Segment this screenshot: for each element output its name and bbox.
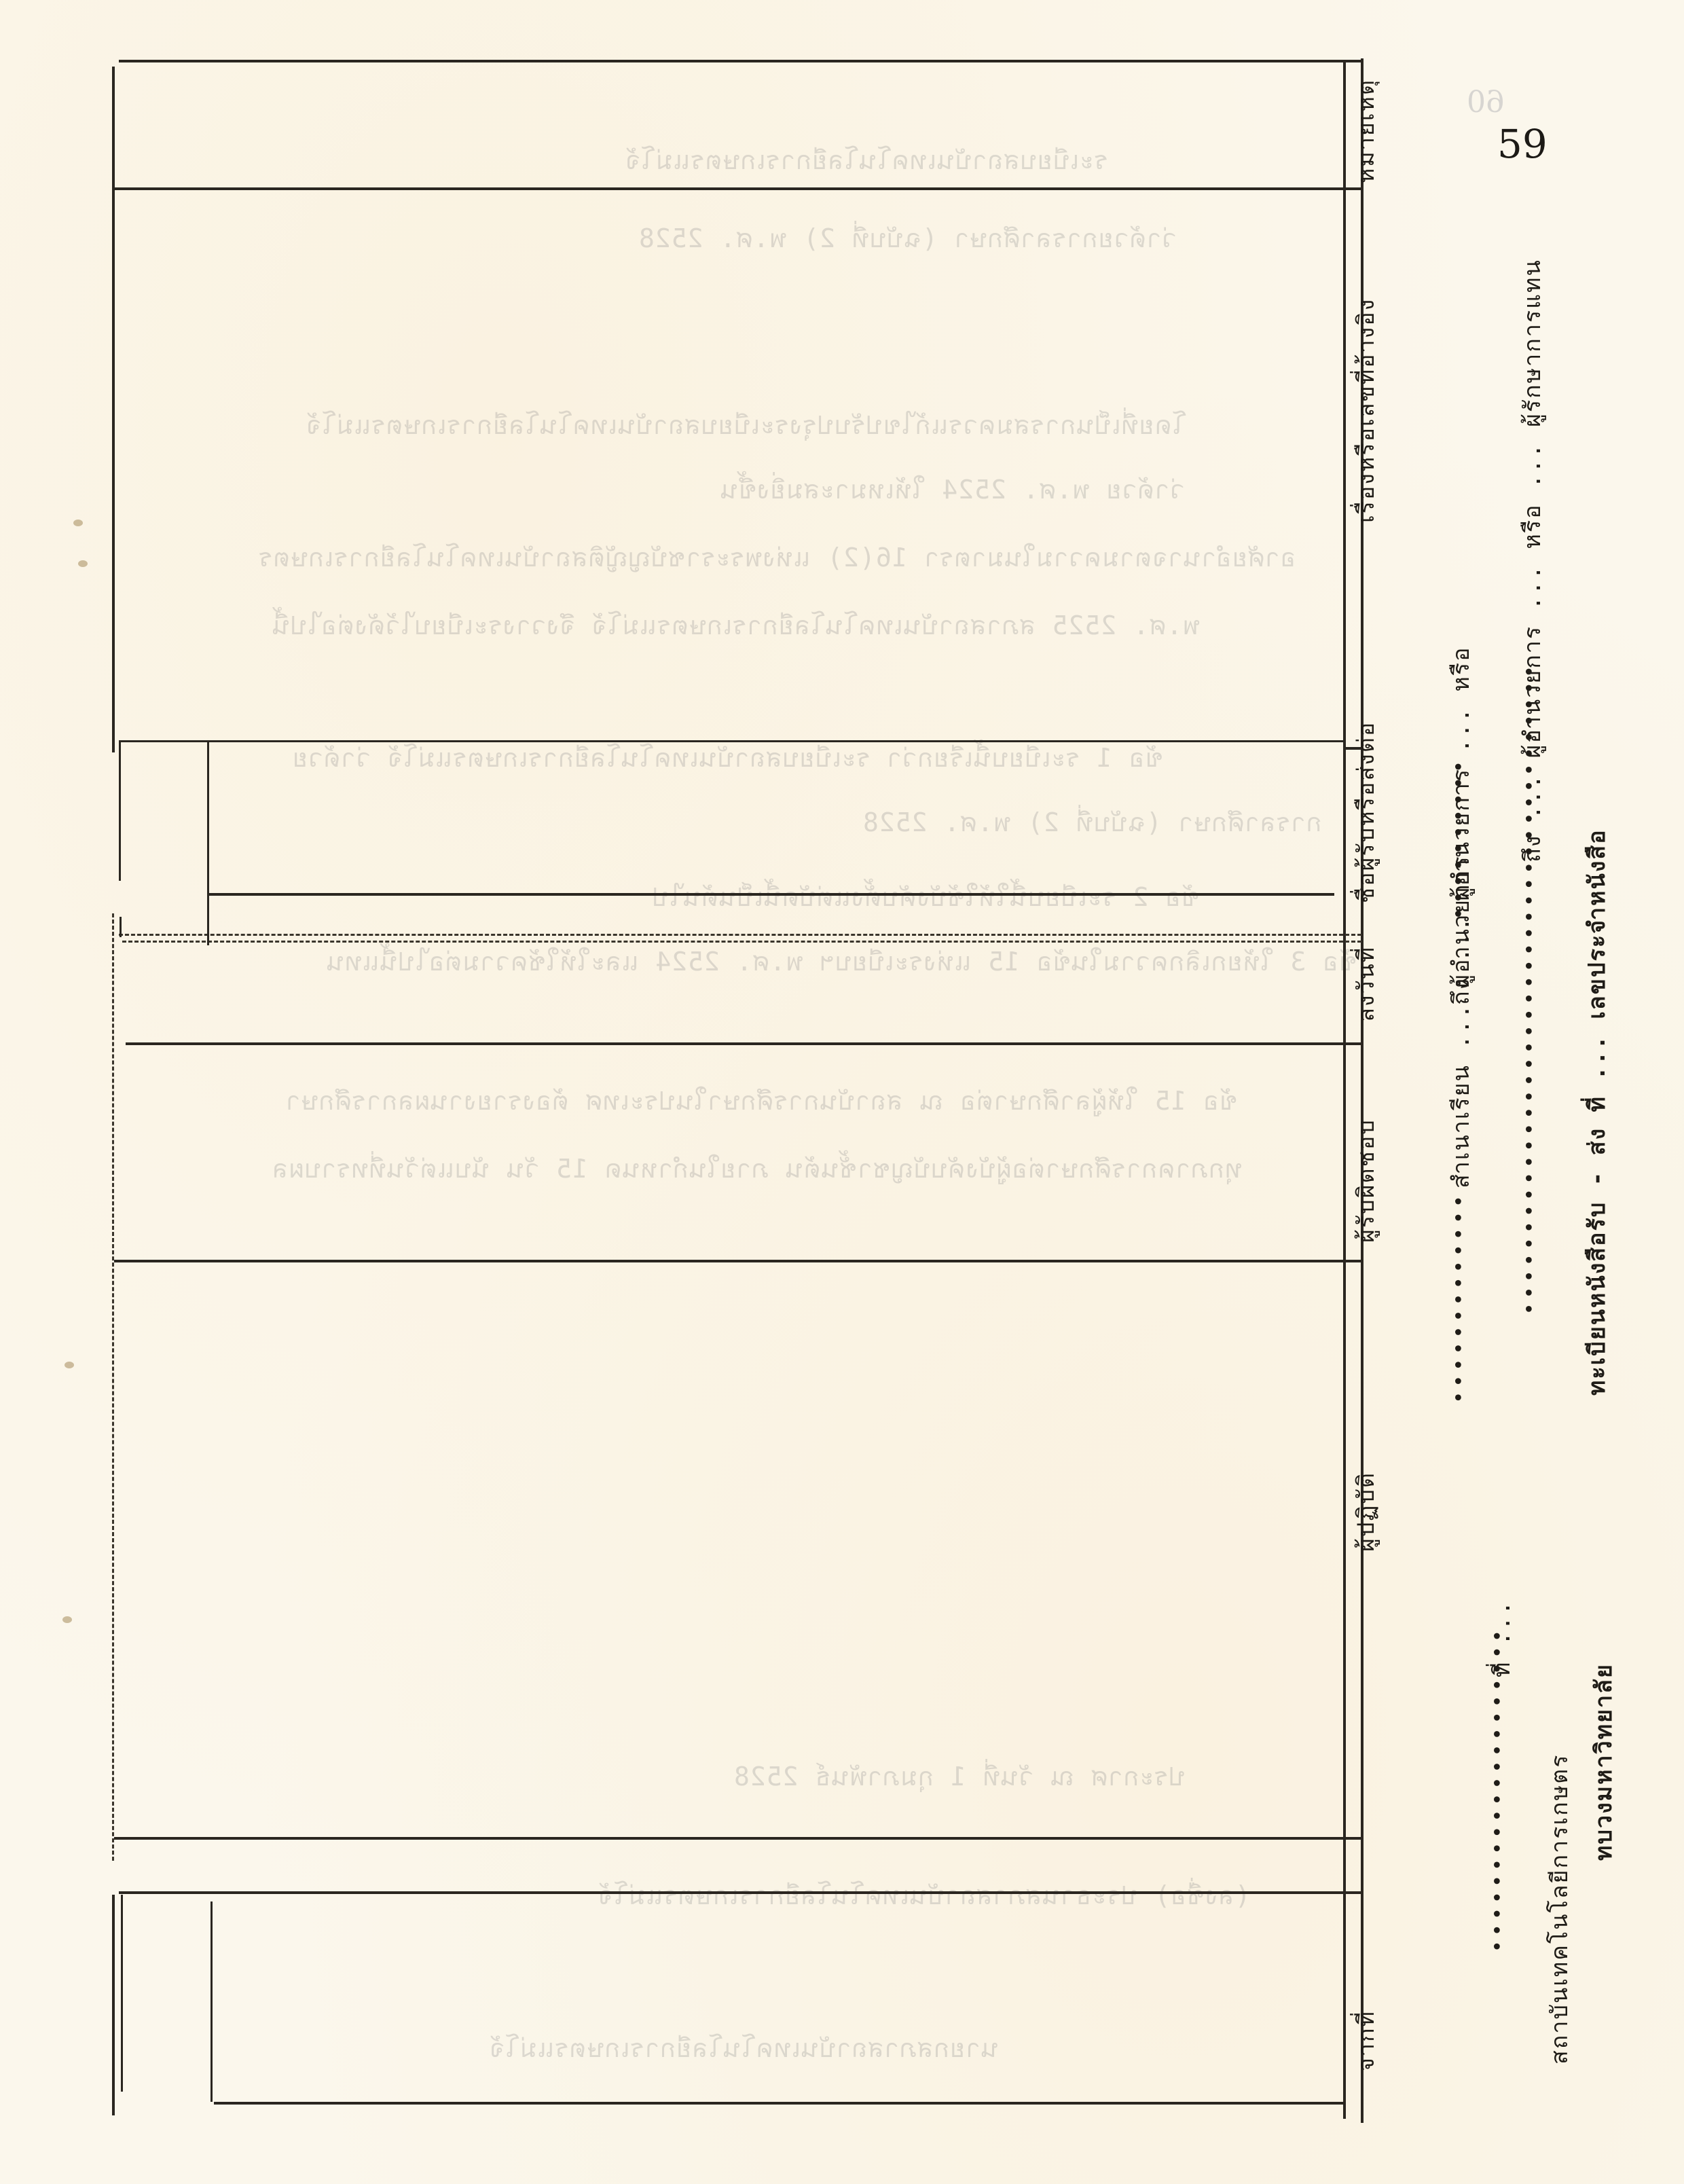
inner-box-left [120,917,122,937]
row-line [114,187,1362,190]
label-subject-ref: เรื่องหรือเลขที่อ้างอิง [1348,299,1385,523]
bleed-line: ข้อ 1 ระเบียบนี้เรียกว่า ระเบียบสถาบันเท… [292,737,1163,778]
label-date: ลงวันที่ [1348,927,1385,1022]
fill-dots: •••••••••••••••••••• [1484,1630,1507,1956]
bleed-line: ประกาศ ณ วันที่ 1 กุมภาพันธ์ 2528 [733,1755,1185,1797]
row-line-double [122,941,1361,943]
fill-dots: •••••••••••••••••••••••••••••••••••••••• [1516,666,1539,1319]
bleed-line: การลาศึกษา (ฉบับที่ 2) พ.ศ. 2528 [862,801,1322,843]
field-registry-line: ทะเบียนหนังสือรับ - ส่ง ที่ ... เลขประจำ… [1579,757,1615,1396]
bleed-line: ข้อ 15 ให้ผู้ลาศึกษาต่อ ณ สถาบันการศึกษา… [285,1080,1237,1121]
inner-box-divider [210,1901,213,2102]
page-number: 59 [1497,121,1548,167]
field-institute: สถาบันเทคโนโลยีการเกษตร [1541,1589,1578,2064]
label-operator: ผู้ปฏิบัติ [1348,1341,1385,1552]
label-column-divider [1343,61,1346,2119]
row-line-top [119,60,1361,62]
bleed-line: ทุกภาคการศึกษาต่อผู้บังคับบัญชาชั้นต้น ภ… [272,1148,1242,1189]
label-note-to: ชื่อผู้รับหรือส่งต่อ [1348,754,1385,903]
field-from-unit: สำเนาเรียน ... ผู้อำนวยการ [1443,1066,1480,1188]
fill-dots: ••••••••••••• [1445,1195,1469,1408]
bleed-line: ว่าด้วยการลาศึกษา (ฉบับที่ 2) พ.ศ. 2528 [638,217,1177,259]
row-line-inner [119,740,1344,742]
table-border-left [112,67,115,752]
page-number-bleed: 60 [1467,85,1505,120]
row-line [126,1042,1361,1045]
inner-box-divider [207,742,209,945]
binder-mark [62,1616,72,1623]
inner-box-left [119,742,121,881]
label-handler: ผู้รับผิดชอบ [1348,1046,1385,1243]
binder-mark [78,560,88,567]
inner-box-left [121,1895,123,2092]
row-line-inner [207,893,1334,896]
bleed-line: ข้อ 3 ให้ยกเลิกความในข้อ 15 แห่งระเบียบฯ… [326,941,1357,982]
row-line [114,1260,1362,1262]
row-line-bottom [214,2102,1344,2105]
bleed-line: ระเบียบสถาบันเทคโนโลยีการเกษตรแม่โจ้ [625,139,1108,181]
binder-mark [73,520,83,526]
row-line [114,1837,1362,1840]
label-remarks: หมายเหตุ [1348,95,1385,183]
row-line-double [119,934,1361,936]
binder-mark [65,1362,74,1368]
bleed-line: โดยที่เป็นการสมควรแก้ไขปรับปรุงระเบียบสถ… [306,404,1186,445]
bleed-line: อาศัยอำนาจตามความในมาตรา 16(2) แห่งพระรา… [258,536,1296,578]
bleed-line: นายกสภาสถาบันเทคโนโลยีการเกษตรแม่โจ้ [489,2027,999,2069]
bleed-line: (ลงชื่อ) ประธานสภาสถาบันเทคโนโลยีการเกษต… [598,1874,1251,1916]
bleed-line: พ.ศ. 2525 สภาสถาบันเทคโนโลยีการเกษตรแม่โ… [272,604,1200,646]
bleed-line: ข้อ 2 ระเบียบนี้ให้ใช้บังคับตั้งแต่บัดนี… [652,876,1199,917]
bleed-line: ว่าด้วย พ.ศ. 2524 ให้เหมาะสมยิ่งขึ้น [720,469,1184,510]
table-border-left [112,1895,115,2115]
table-border-left [112,913,114,1861]
label-from: จากที่ [1348,1915,1385,2071]
row-line [119,1891,1361,1894]
field-bureau: ทบวงมหาวิทยาลัย [1586,1589,1622,1861]
